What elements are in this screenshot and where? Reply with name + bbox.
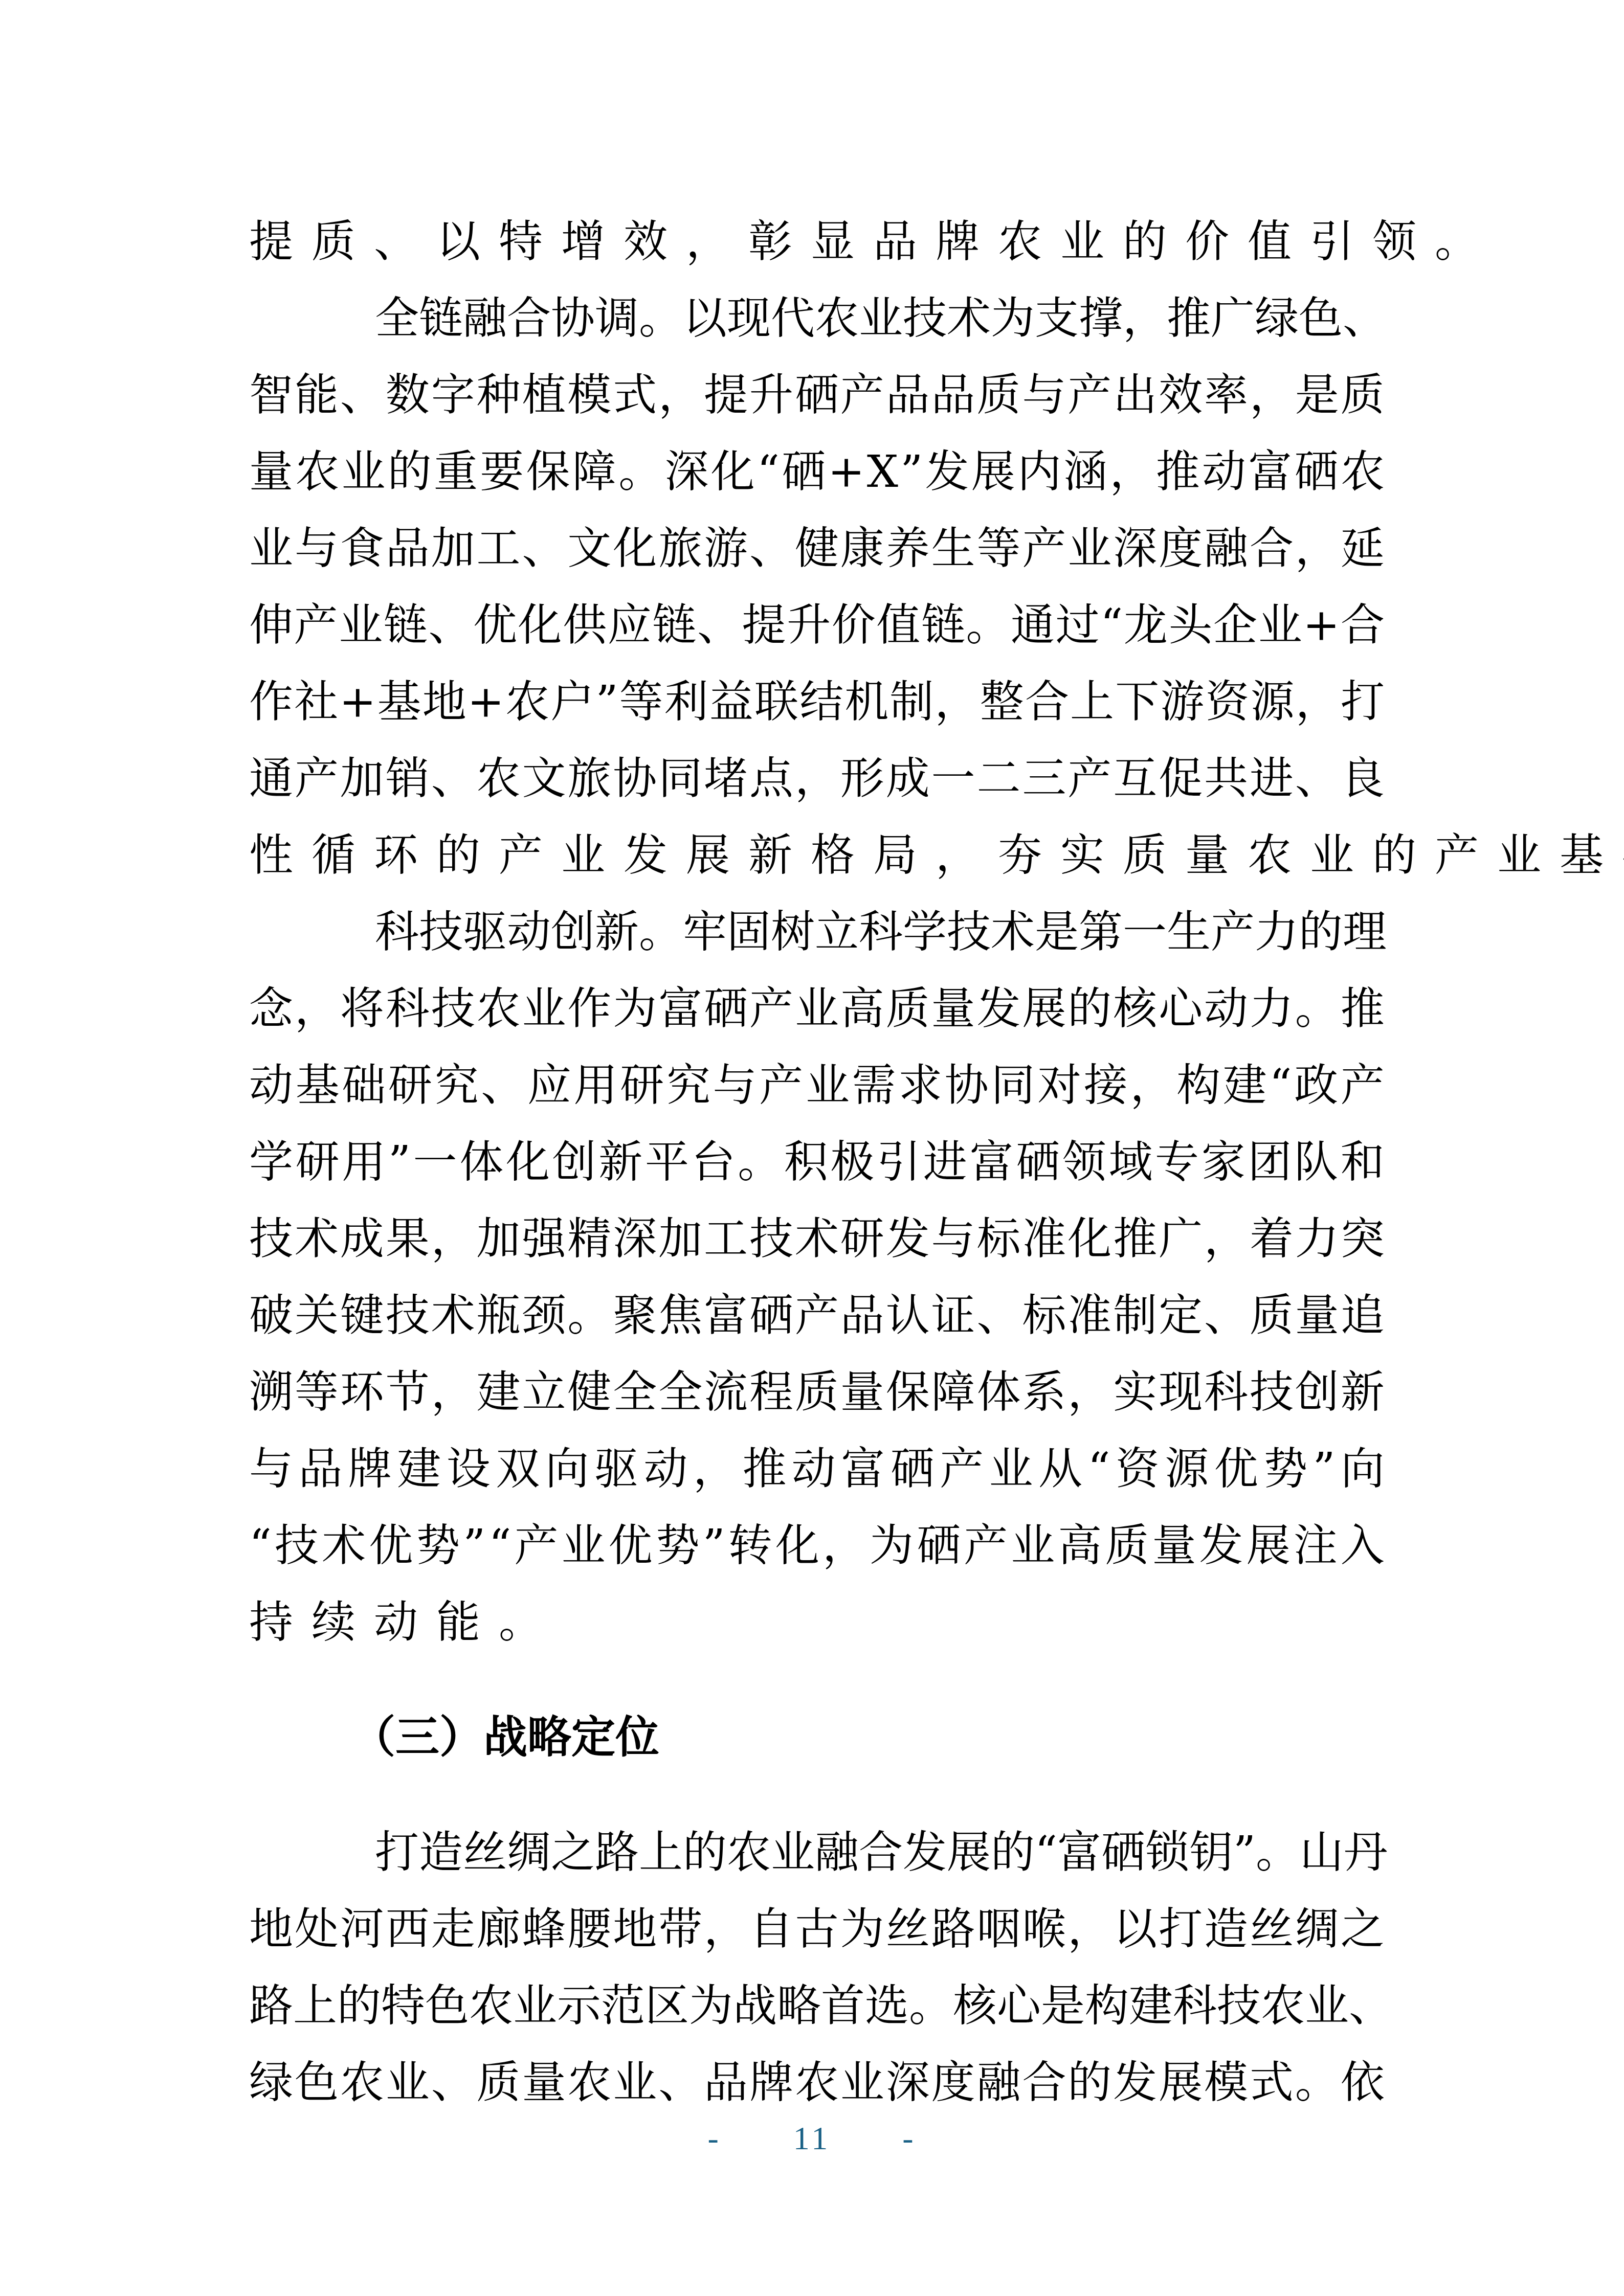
text-line: 技术成果，加强精深加工技术研发与标准化推广，着力突 [249, 1201, 1385, 1277]
paragraph-full-chain-integration: 全链融合协调。以现代农业技术为支撑，推广绿色、 智能、数字种植模式，提升硒产品品… [249, 280, 1385, 894]
text-line: 业与食品加工、文化旅游、健康养生等产业深度融合，延 [249, 510, 1385, 587]
dash-left: - [707, 2120, 721, 2157]
paragraph-tech-innovation: 科技驱动创新。牢固树立科学技术是第一生产力的理 念，将科技农业作为富硒产业高质量… [249, 894, 1385, 1661]
paragraph: 提质、以特增效，彰显品牌农业的价值引领。 [249, 204, 1385, 280]
text-line: 溯等环节，建立健全全流程质量保障体系，实现科技创新 [249, 1354, 1385, 1431]
text-line: 与品牌建设双向驱动，推动富硒产业从“资源优势”向 [249, 1431, 1385, 1507]
text-line: “技术优势”“产业优势”转化，为硒产业高质量发展注入 [249, 1507, 1385, 1584]
page-number: -11- [0, 2120, 1624, 2157]
paragraph-strategic-positioning: 打造丝绸之路上的农业融合发展的“富硒锁钥”。山丹 地处河西走廊蜂腰地带，自古为丝… [249, 1814, 1385, 2121]
dash-right: - [902, 2120, 916, 2157]
text-line: 地处河西走廊蜂腰地带，自古为丝路咽喉，以打造丝绸之 [249, 1891, 1385, 1968]
body-text: 提质、以特增效，彰显品牌农业的价值引领。 全链融合协调。以现代农业技术为支撑，推… [249, 204, 1385, 2121]
text-line: 学研用”一体化创新平台。积极引进富硒领域专家团队和 [249, 1124, 1385, 1201]
text-line: 伸产业链、优化供应链、提升价值链。通过“龙头企业+合 [249, 587, 1385, 664]
text-line: 路上的特色农业示范区为战略首选。核心是构建科技农业、 [249, 1968, 1385, 2044]
document-page: 提质、以特增效，彰显品牌农业的价值引领。 全链融合协调。以现代农业技术为支撑，推… [0, 0, 1624, 2296]
page-number-value: 11 [793, 2120, 831, 2157]
text-line: 念，将科技农业作为富硒产业高质量发展的核心动力。推 [249, 971, 1385, 1047]
text-line: 全链融合协调。以现代农业技术为支撑，推广绿色、 [249, 280, 1385, 357]
text-line: 作社+基地+农户”等利益联结机制，整合上下游资源，打 [249, 664, 1385, 740]
text-line: 性循环的产业发展新格局，夯实质量农业的产业基础。 [249, 817, 1385, 894]
text-line: 科技驱动创新。牢固树立科学技术是第一生产力的理 [249, 894, 1385, 971]
text-line: 动基础研究、应用研究与产业需求协同对接，构建“政产 [249, 1047, 1385, 1124]
text-line: 量农业的重要保障。深化“硒+X”发展内涵，推动富硒农 [249, 434, 1385, 510]
text-line: 通产加销、农文旅协同堵点，形成一二三产互促共进、良 [249, 740, 1385, 817]
text-line: 打造丝绸之路上的农业融合发展的“富硒锁钥”。山丹 [249, 1814, 1385, 1891]
text-line: 提质、以特增效，彰显品牌农业的价值引领。 [249, 204, 1385, 280]
spacer [249, 1776, 1385, 1814]
section-heading: （三）战略定位 [249, 1699, 1385, 1776]
text-line: 绿色农业、质量农业、品牌农业深度融合的发展模式。依 [249, 2044, 1385, 2121]
text-line: 持续动能。 [249, 1584, 1385, 1661]
spacer [249, 1661, 1385, 1699]
text-line: 智能、数字种植模式，提升硒产品品质与产出效率，是质 [249, 357, 1385, 434]
text-line: 破关键技术瓶颈。聚焦富硒产品认证、标准制定、质量追 [249, 1277, 1385, 1354]
